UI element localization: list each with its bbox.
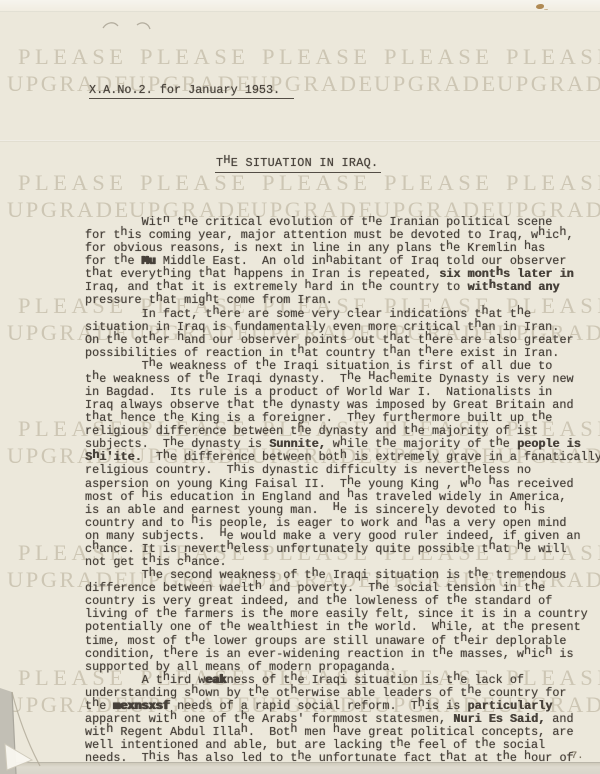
watermark-word-please: PLEASE [262, 170, 372, 196]
watermark-word-upgrade: UPGRADE [497, 71, 600, 97]
body-line: condition, there is an ever-widening rea… [85, 648, 600, 661]
fold-crease-line [0, 140, 600, 142]
watermark-word-please: PLEASE [384, 170, 494, 196]
reference-number: X.A.No.2. for January 1953. [89, 83, 294, 99]
pencil-marks [95, 10, 165, 36]
body-line: is an able and earnest young man. He is … [85, 504, 600, 517]
body-line: possibilities of reaction in that countr… [85, 347, 600, 360]
body-text: With the critical evolution of the Irani… [85, 216, 600, 765]
watermark-word-please: PLEASE [18, 170, 128, 196]
top-edge [0, 0, 600, 12]
body-line: In fact, there are some very clear indic… [85, 308, 600, 321]
body-line: aspersion on young King Faisal II. The y… [85, 478, 600, 491]
watermark-word-please: PLEASE [262, 44, 372, 70]
scanned-document-page: PLEASEPLEASEPLEASEPLEASEPLEASEUPGRADEUPG… [0, 0, 600, 774]
watermark-word-please: PLEASE [506, 44, 600, 70]
watermark-word-please: PLEASE [140, 170, 250, 196]
corner-fold [0, 680, 46, 774]
watermark-word-please: PLEASE [140, 44, 250, 70]
body-line: The weakness of the Iraqi situation is f… [85, 360, 600, 373]
body-line: time, most of the lower groups are still… [85, 635, 600, 648]
watermark-word-upgrade: UPGRADE [374, 71, 498, 97]
page-number: 7. [571, 750, 584, 762]
body-line: religious country. This dynastic difficu… [85, 464, 600, 477]
body-line: situation in Iraq is fundamentally even … [85, 321, 600, 334]
bottom-edge [0, 762, 600, 774]
watermark-word-please: PLEASE [18, 44, 128, 70]
body-line: A third weakness of the Iraqi situation … [85, 674, 600, 687]
watermark-word-please: PLEASE [506, 170, 600, 196]
body-line: potentially one of the wealthiest in the… [85, 621, 600, 634]
watermark-word-please: PLEASE [384, 44, 494, 70]
body-line: most of his education in England and has… [85, 491, 600, 504]
document-title: THE SITUATION IN IRAQ. [215, 156, 381, 173]
body-line: country and to his people, is eager to w… [85, 517, 600, 530]
body-line: On the other hand our observer points ou… [85, 334, 600, 347]
